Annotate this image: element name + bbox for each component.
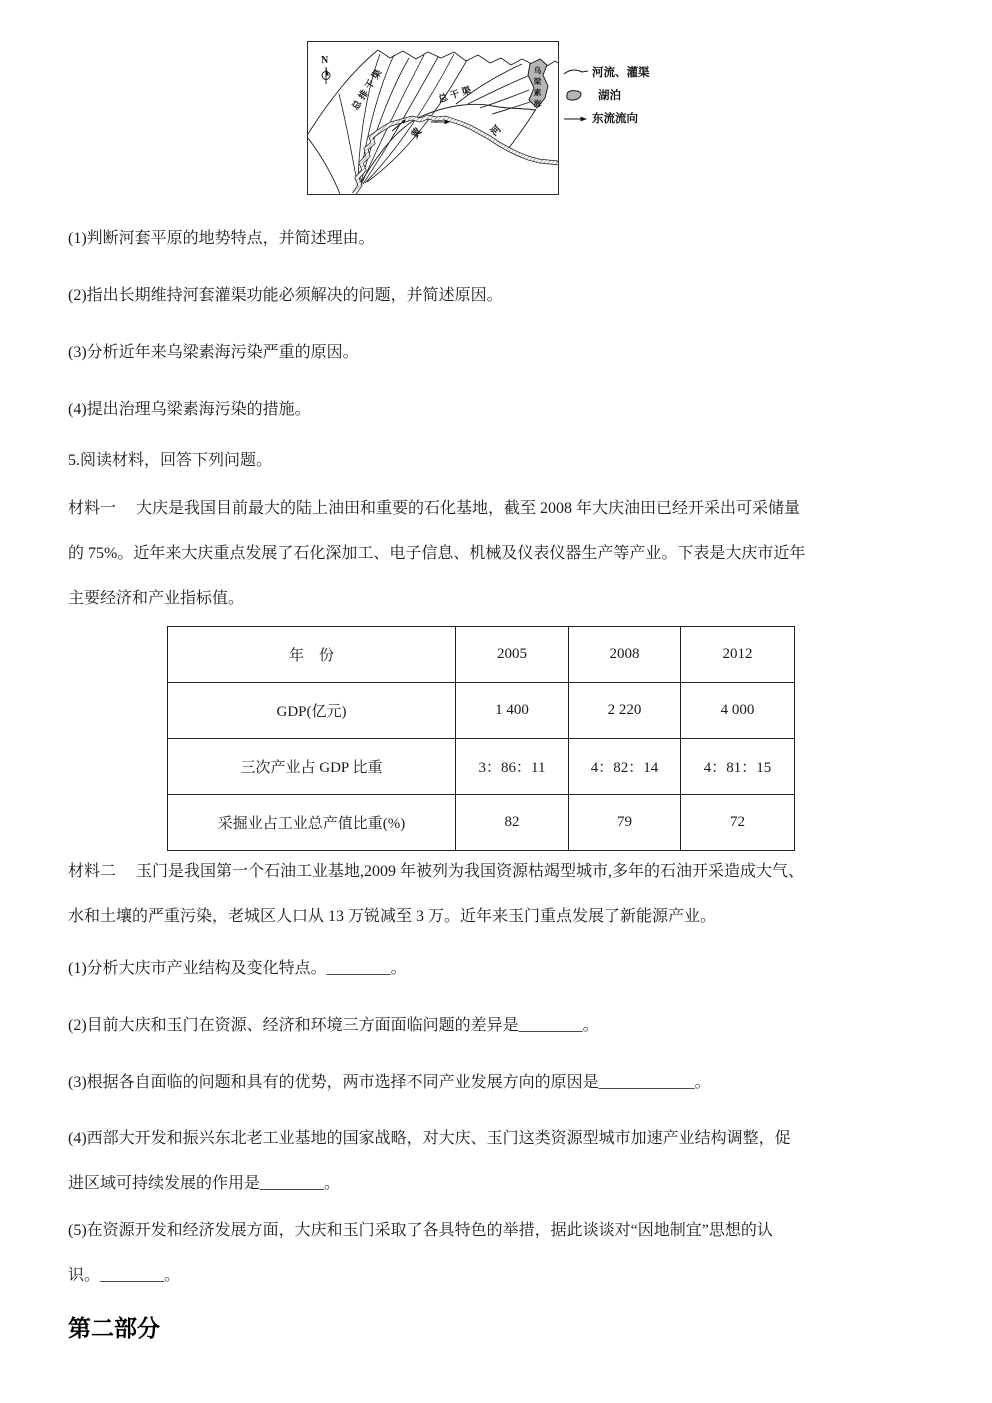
compass-north-icon: N — [321, 55, 330, 84]
question-line-1: (1)判断河套平原的地势特点，并简述理由。 — [68, 229, 375, 249]
table-header-cell-2012: 2012 — [681, 627, 795, 683]
table-cell: 2 220 — [569, 683, 681, 739]
compass-n-label: N — [321, 55, 329, 66]
table-row-label: 采掘业占工业总产值比重(%) — [168, 795, 456, 851]
legend-item-lake: 湖泊 — [562, 87, 650, 102]
question5-intro: 5.阅读材料，回答下列问题。 — [68, 451, 272, 471]
question-line-3: (3)分析近年来乌梁素海污染严重的原因。 — [68, 343, 359, 363]
svg-text:素: 素 — [534, 87, 542, 97]
svg-text:乌: 乌 — [534, 65, 542, 75]
table-cell: 4 000 — [681, 683, 795, 739]
table-cell: 72 — [681, 795, 795, 851]
table-row-mining-share: 采掘业占工业总产值比重(%) 82 79 72 — [168, 795, 795, 851]
label-main-canal: 总干渠 — [437, 83, 475, 104]
sub-question-5-line-1: (5)在资源开发和经济发展方面，大庆和玉门采取了各具特色的举措，据此谈谈对“因地… — [68, 1221, 773, 1241]
hetao-map-figure: N 总排干渠 总干渠 黄 河 乌 梁 素 海 — [307, 41, 559, 195]
part2-heading: 第二部分 — [68, 1310, 160, 1343]
map-legend: 河流、灌渠 湖泊 东流流向 — [562, 64, 650, 133]
legend-label: 湖泊 — [592, 87, 621, 103]
table-cell: 82 — [456, 795, 569, 851]
table-header-row: 年 份 2005 2008 2012 — [168, 627, 795, 683]
sub-question-4-line-1: (4)西部大开发和振兴东北老工业基地的国家战略，对大庆、玉门这类资源型城市加速产… — [68, 1129, 791, 1149]
hetao-irrigation-map-svg: N 总排干渠 总干渠 黄 河 乌 梁 素 海 — [308, 42, 558, 194]
material2-line: 材料二 玉门是我国第一个石油工业基地,2009 年被列为我国资源枯竭型城市,多年… — [68, 862, 804, 882]
material2-line: 水和土壤的严重污染，老城区人口从 13 万锐减至 3 万。近年来玉门重点发展了新… — [68, 907, 716, 927]
map-yellow-river — [354, 117, 558, 194]
material1-line: 材料一 大庆是我国目前最大的陆上油田和重要的石化基地，截至 2008 年大庆油田… — [68, 499, 800, 519]
question-line-4: (4)提出治理乌梁素海污染的措施。 — [68, 400, 311, 420]
table-row-industry-structure: 三次产业占 GDP 比重 3：86：11 4：82：14 4：81：15 — [168, 739, 795, 795]
daqing-indicators-table: 年 份 2005 2008 2012 GDP(亿元) 1 400 2 220 4… — [167, 626, 795, 851]
legend-item-flow-direction: 东流流向 — [562, 110, 650, 125]
sub-question-4-line-2: 进区域可持续发展的作用是________。 — [68, 1174, 340, 1194]
material1-line: 的 75%。近年来大庆重点发展了石化深加工、电子信息、机械及仪表仪器生产等产业。… — [68, 544, 805, 564]
legend-label: 东流流向 — [592, 110, 638, 126]
table-cell: 1 400 — [456, 683, 569, 739]
table-row-label: 三次产业占 GDP 比重 — [168, 739, 456, 795]
sub-question-1: (1)分析大庆市产业结构及变化特点。________。 — [68, 959, 407, 979]
table-cell: 4：81：15 — [681, 739, 795, 795]
question-line-2: (2)指出长期维持河套灌渠功能必须解决的问题，并简述原因。 — [68, 286, 503, 306]
river-line-icon — [562, 65, 592, 79]
table-header-cell-2005: 2005 — [456, 627, 569, 683]
table-row-gdp: GDP(亿元) 1 400 2 220 4 000 — [168, 683, 795, 739]
svg-text:梁: 梁 — [534, 76, 542, 86]
sub-question-5-line-2: 识。________。 — [68, 1266, 180, 1286]
flow-arrow-icon — [562, 111, 592, 125]
lake-blob-icon — [562, 88, 592, 102]
table-row-label: GDP(亿元) — [168, 683, 456, 739]
sub-question-2: (2)目前大庆和玉门在资源、经济和环境三方面面临问题的差异是________。 — [68, 1016, 599, 1036]
table-cell: 3：86：11 — [456, 739, 569, 795]
table-cell: 4：82：14 — [569, 739, 681, 795]
table-cell: 79 — [569, 795, 681, 851]
table-header-cell-2008: 2008 — [569, 627, 681, 683]
sub-question-3: (3)根据各自面临的问题和具有的优势，两市选择不同产业发展方向的原因是_____… — [68, 1073, 711, 1093]
material1-line: 主要经济和产业指标值。 — [68, 589, 244, 609]
legend-label: 河流、灌渠 — [592, 64, 650, 80]
svg-text:海: 海 — [534, 98, 542, 108]
legend-item-river: 河流、灌渠 — [562, 64, 650, 79]
worksheet-page: N 总排干渠 总干渠 黄 河 乌 梁 素 海 河流、灌渠 — [0, 0, 992, 1403]
table-header-cell-year: 年 份 — [168, 627, 456, 683]
